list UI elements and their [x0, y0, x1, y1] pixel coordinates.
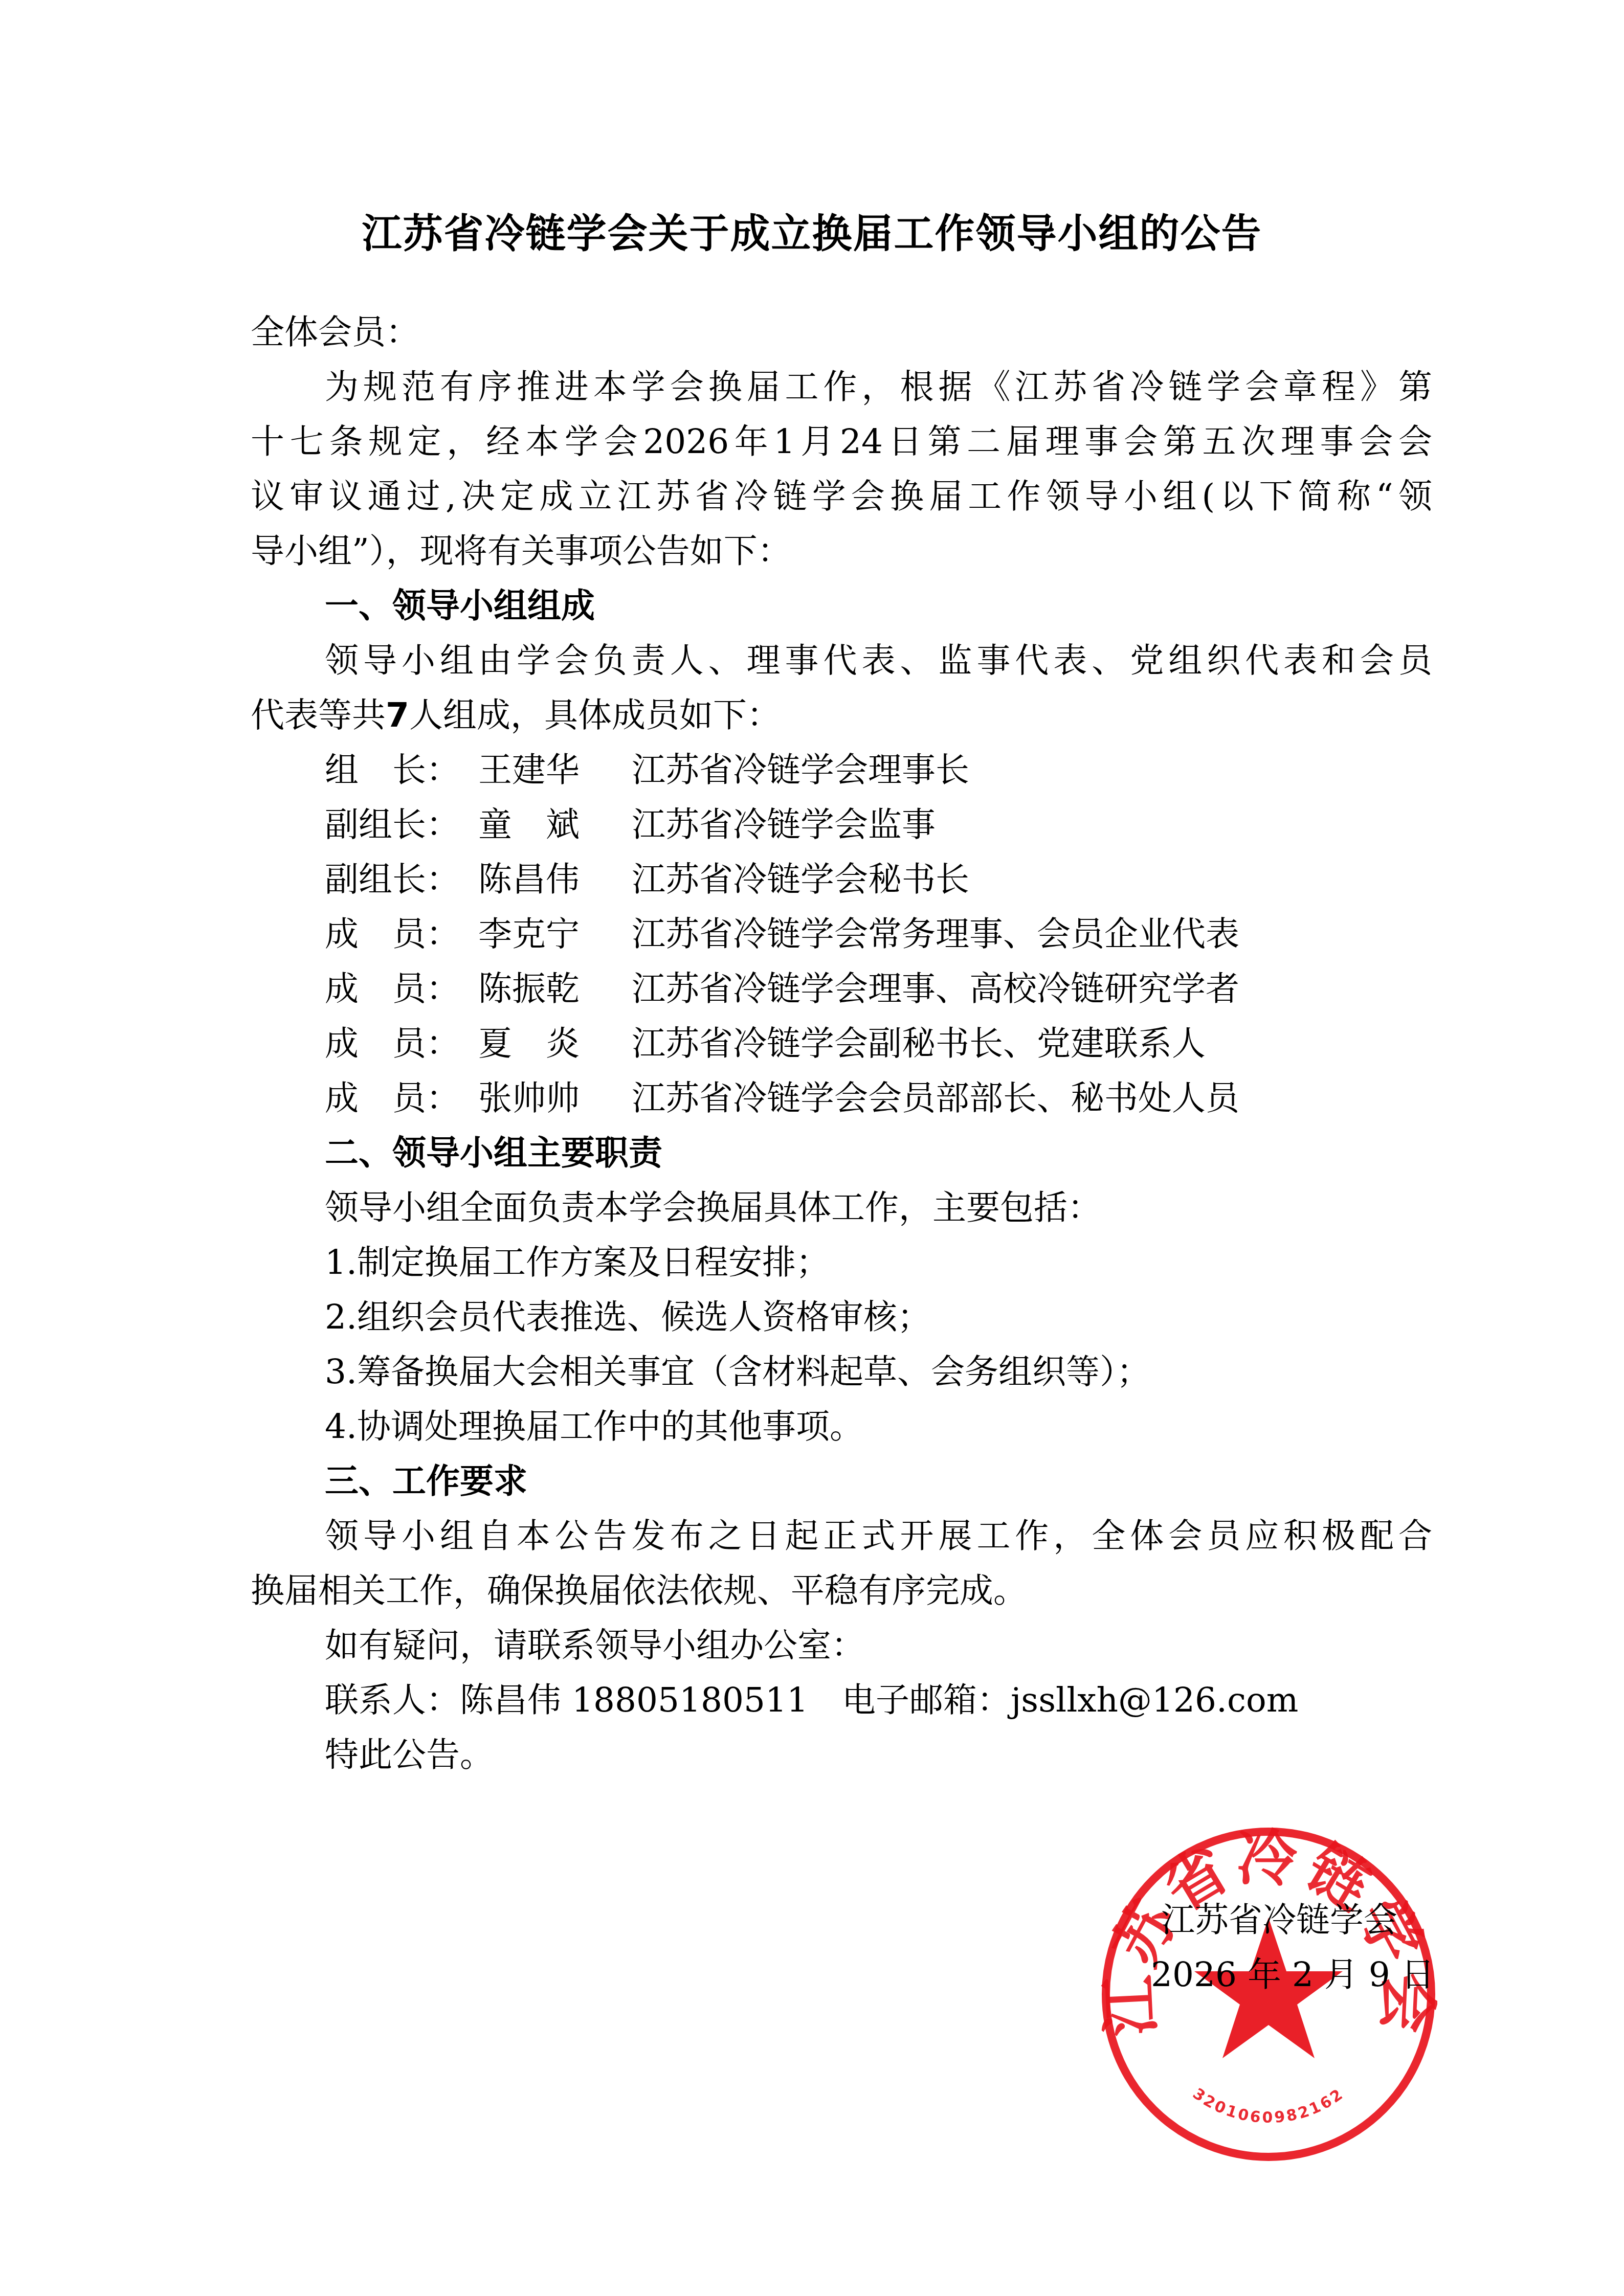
member-role: 副组长： [325, 804, 478, 845]
member-name: 陈昌伟 [478, 859, 632, 900]
member-role: 组 长： [325, 750, 478, 791]
member-name: 陈振乾 [478, 969, 632, 1009]
member-row: 成 员：夏 炎江苏省冷链学会副秘书长、党建联系人 [325, 1023, 1206, 1064]
member-role: 副组长： [325, 859, 478, 900]
member-title: 江苏省冷链学会常务理事、会员企业代表 [632, 914, 1239, 954]
salutation: 全体会员： [251, 312, 419, 353]
section2-intro: 领导小组全面负责本学会换届具体工作，主要包括： [325, 1187, 1101, 1228]
member-row: 成 员：张帅帅江苏省冷链学会会员部部长、秘书处人员 [325, 1078, 1239, 1119]
member-role: 成 员： [325, 969, 478, 1009]
signature-org: 江苏省冷链学会 [1161, 1900, 1397, 1941]
member-count: 7 [386, 695, 409, 735]
member-name: 童 斌 [478, 804, 632, 845]
member-row: 组 长：王建华江苏省冷链学会理事长 [325, 750, 969, 791]
member-role: 成 员： [325, 1023, 478, 1064]
section3-heading: 三、工作要求 [325, 1461, 527, 1502]
intro-line-2: 十七条规定，经本学会2026年1月24日第二届理事会第五次理事会会 [251, 421, 1432, 462]
member-title: 江苏省冷链学会监事 [632, 805, 936, 844]
member-role: 成 员： [325, 914, 478, 955]
member-title: 江苏省冷链学会理事长 [632, 750, 969, 790]
member-role: 成 员： [325, 1078, 478, 1119]
member-name: 夏 炎 [478, 1023, 632, 1064]
signature-date: 2026 年 2 月 9 日 [1151, 1954, 1435, 1995]
member-name: 张帅帅 [478, 1078, 632, 1119]
section1-heading: 一、领导小组组成 [325, 586, 595, 626]
section3-text-2: 换届相关工作，确保换届依法依规、平稳有序完成。 [251, 1570, 1027, 1611]
section1-text-1: 领导小组由学会负责人、理事代表、监事代表、党组织代表和会员 [325, 640, 1432, 681]
section2-heading: 二、领导小组主要职责 [325, 1133, 662, 1174]
closing-text: 特此公告。 [325, 1735, 494, 1775]
section3-text-1: 领导小组自本公告发布之日起正式开展工作，全体会员应积极配合 [325, 1516, 1432, 1557]
member-row: 成 员：陈振乾江苏省冷链学会理事、高校冷链研究学者 [325, 969, 1239, 1009]
member-name: 王建华 [478, 750, 632, 791]
member-title: 江苏省冷链学会理事、高校冷链研究学者 [632, 969, 1239, 1008]
member-title: 江苏省冷链学会秘书长 [632, 860, 969, 899]
member-name: 李克宁 [478, 914, 632, 955]
member-row: 副组长：陈昌伟江苏省冷链学会秘书长 [325, 859, 969, 900]
section1-text-2: 代表等共7人组成，具体成员如下： [251, 695, 781, 736]
member-row: 副组长：童 斌江苏省冷链学会监事 [325, 804, 936, 845]
document-title: 江苏省冷链学会关于成立换届工作领导小组的公告 [0, 202, 1624, 259]
contact-prompt: 如有疑问，请联系领导小组办公室： [325, 1625, 865, 1666]
member-title: 江苏省冷链学会副秘书长、党建联系人 [632, 1024, 1206, 1063]
section1-text-2-head: 代表等共 [251, 695, 386, 735]
duty-item: 1.制定换届工作方案及日程安排； [325, 1242, 830, 1283]
svg-text:3201060982162: 3201060982162 [1189, 2085, 1347, 2127]
document-page: 江苏省冷链学会关于成立换届工作领导小组的公告 全体会员： 为规范有序推进本学会换… [0, 0, 1624, 2296]
member-row: 成 员：李克宁江苏省冷链学会常务理事、会员企业代表 [325, 914, 1239, 955]
intro-line-1: 为规范有序推进本学会换届工作，根据《江苏省冷链学会章程》第 [325, 367, 1432, 408]
intro-line-4: 导小组”），现将有关事项公告如下： [251, 531, 791, 572]
contact-line: 联系人：陈昌伟 18805180511 电子邮箱：jssllxh@126.com [325, 1680, 1298, 1721]
duty-item: 3.筹备换届大会相关事宜（含材料起草、会务组织等）； [325, 1352, 1150, 1392]
intro-line-3: 议审议通过,决定成立江苏省冷链学会换届工作领导小组(以下简称“领 [251, 476, 1432, 517]
duty-item: 4.协调处理换届工作中的其他事项。 [325, 1406, 863, 1447]
section1-text-2-tail: 人组成，具体成员如下： [409, 695, 781, 735]
duty-item: 2.组织会员代表推选、候选人资格审核； [325, 1297, 931, 1338]
member-title: 江苏省冷链学会会员部部长、秘书处人员 [632, 1078, 1239, 1118]
